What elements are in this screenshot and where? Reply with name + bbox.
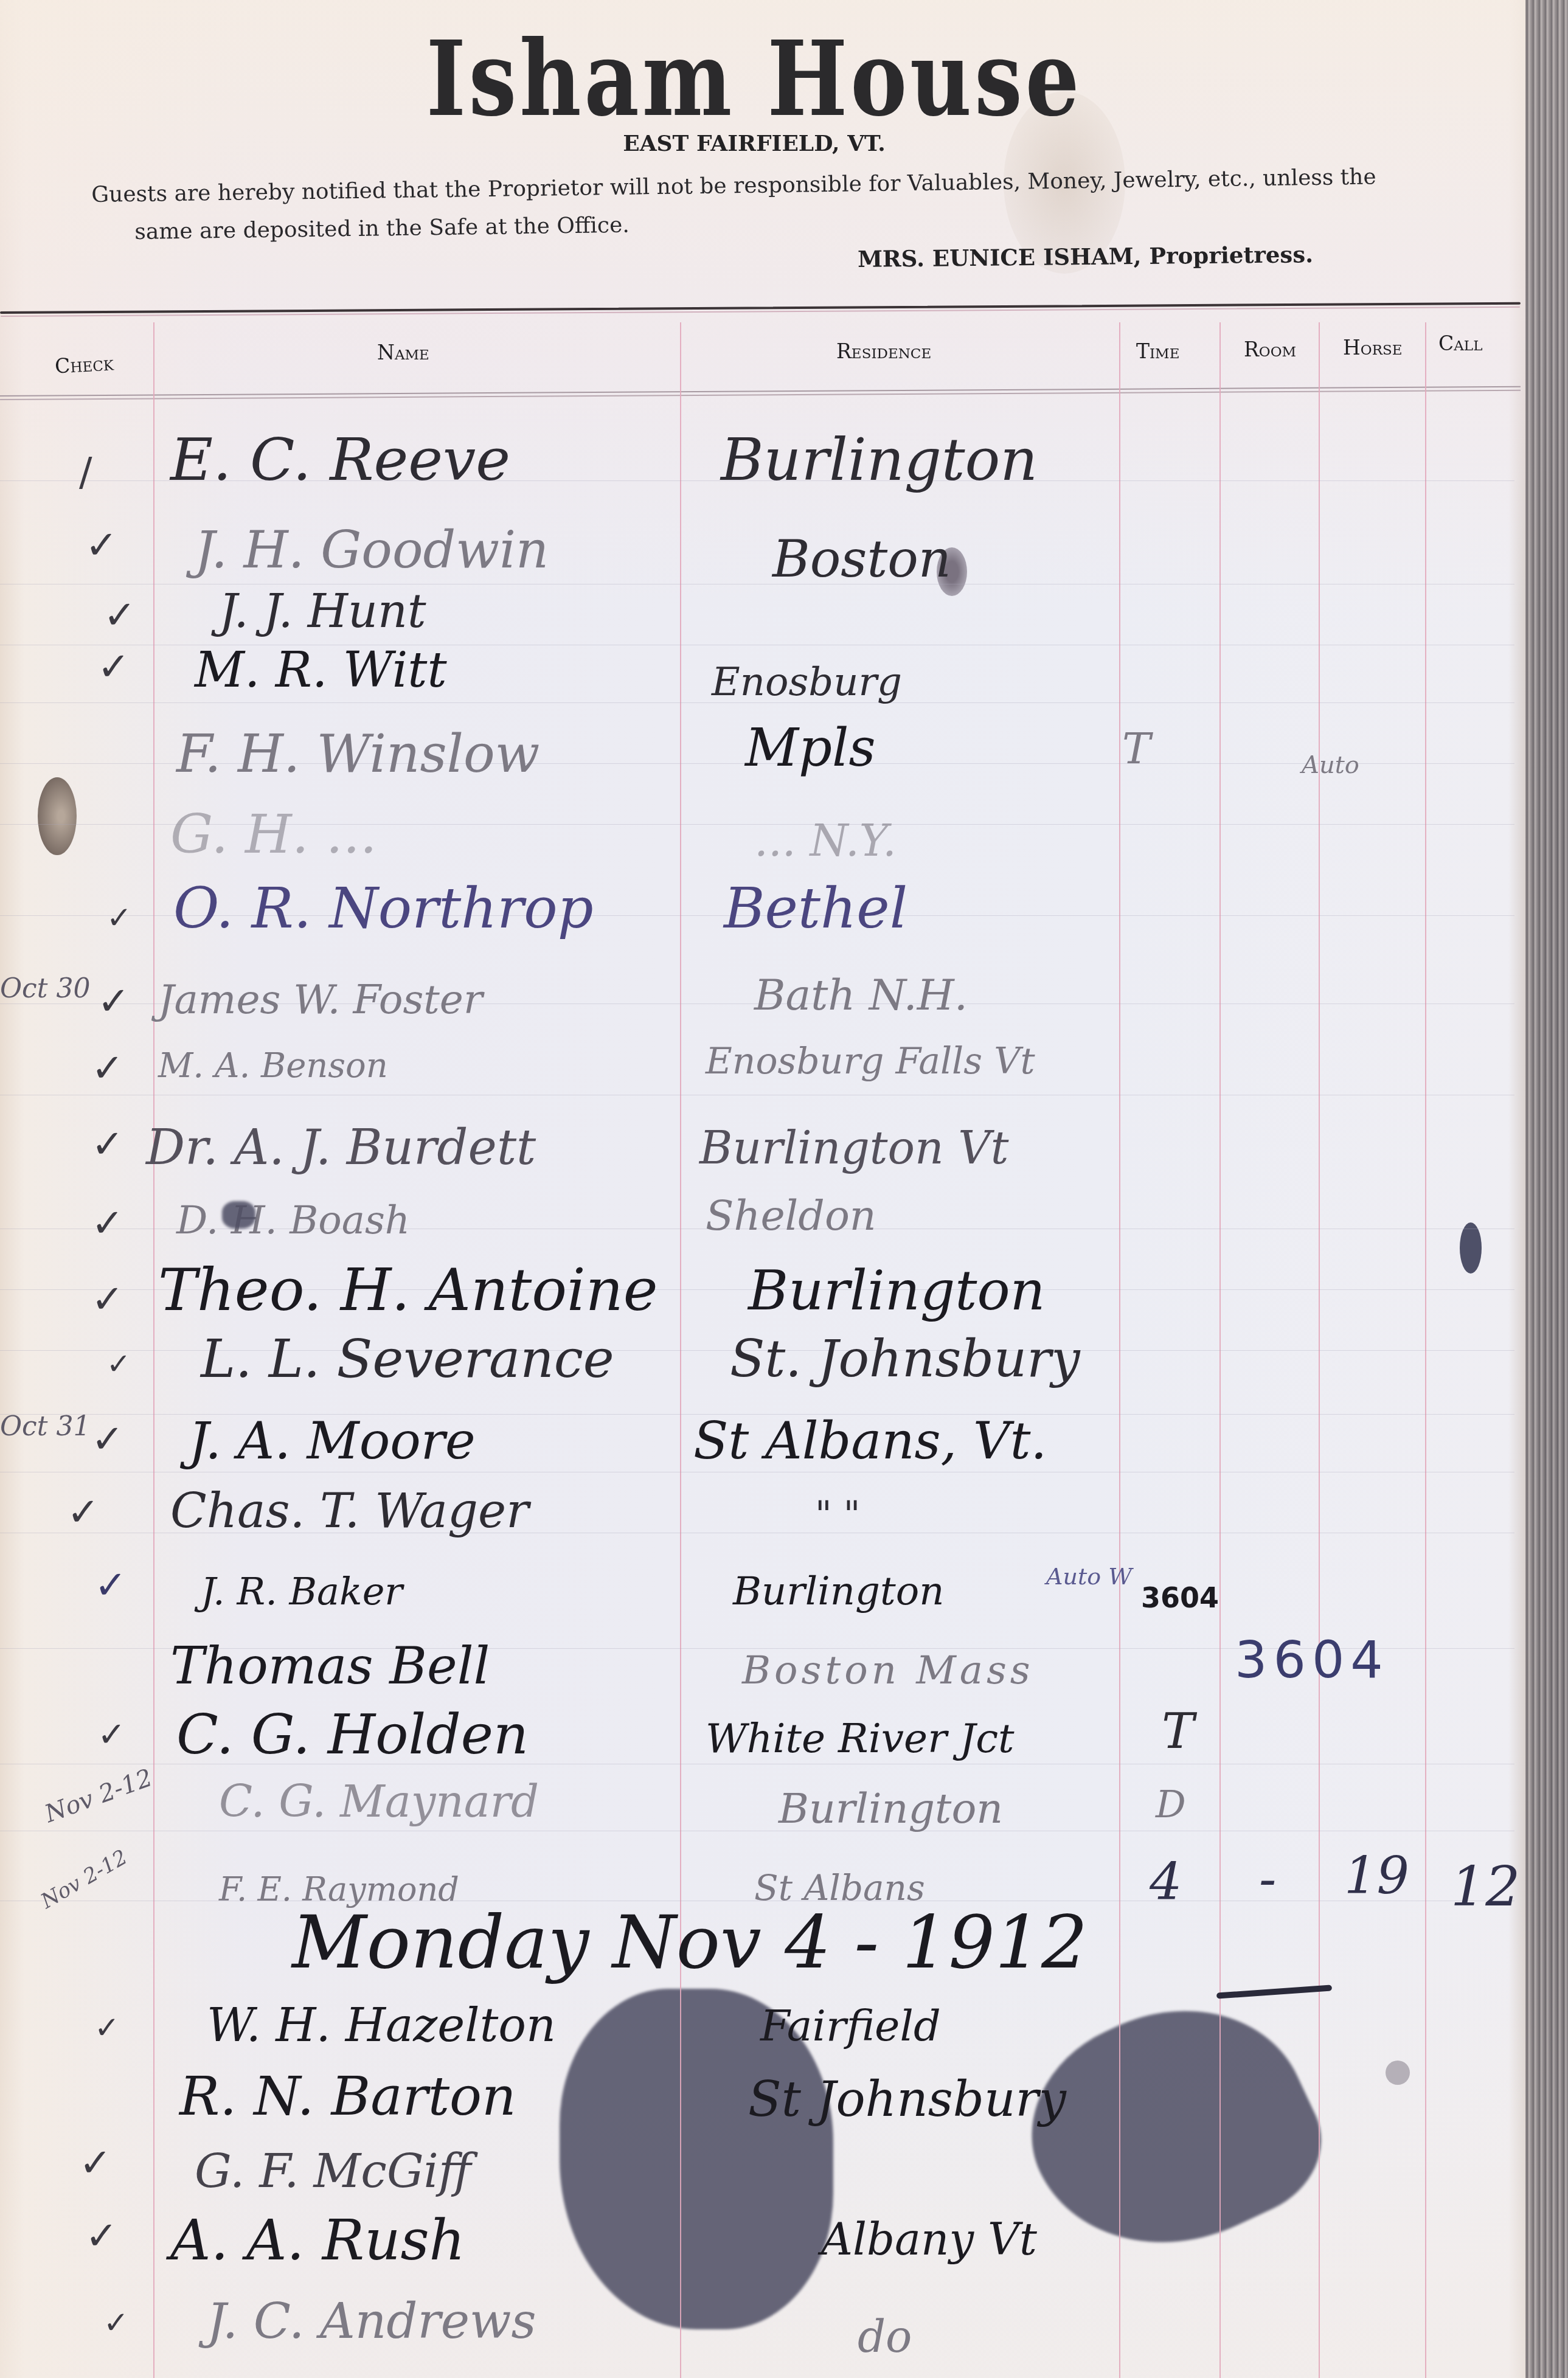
check-mark: ✓ bbox=[106, 1347, 131, 1381]
entry-residence: Burlington Vt bbox=[699, 1122, 1008, 1174]
ink-blot-small bbox=[222, 1201, 255, 1229]
check-mark: ✓ bbox=[106, 900, 132, 935]
entry-name: J. A. Moore bbox=[189, 1411, 476, 1471]
entry-name: J. R. Baker bbox=[201, 1569, 403, 1614]
entry-residence: Burlington bbox=[733, 1569, 944, 1614]
entry-residence: Sheldon bbox=[706, 1192, 876, 1240]
entry-call: 12 bbox=[1451, 1855, 1521, 1919]
entry-time: Auto W bbox=[1046, 1563, 1132, 1590]
entry-name: O. R. Northrop bbox=[173, 876, 594, 941]
entry-horse: 19 bbox=[1344, 1846, 1409, 1905]
entry-time: 4 bbox=[1150, 1852, 1182, 1912]
column-header-check: Check bbox=[54, 351, 114, 378]
row-rule bbox=[0, 1831, 1514, 1831]
column-header-time: Time bbox=[1136, 339, 1179, 363]
hotel-title: Isham House bbox=[136, 18, 1373, 140]
column-header-room: Room bbox=[1244, 338, 1296, 361]
entry-room: 3604 bbox=[1141, 1581, 1219, 1614]
check-mark: ✓ bbox=[91, 1122, 124, 1167]
check-mark: / bbox=[79, 450, 92, 495]
entry-residence: Enosburg Falls Vt bbox=[706, 1040, 1035, 1083]
entry-horse: Auto bbox=[1302, 751, 1359, 779]
entry-residence: ... N.Y. bbox=[754, 815, 897, 866]
column-header-name: Name bbox=[377, 341, 429, 364]
check-mark: ✓ bbox=[91, 1277, 124, 1322]
entry-name: M. A. Benson bbox=[158, 1046, 388, 1086]
hotel-location: EAST FAIRFIELD, VT. bbox=[0, 131, 1508, 156]
entry-horse: 3604 bbox=[1235, 1630, 1389, 1690]
entry-time: D bbox=[1156, 1782, 1186, 1826]
entry-time: T bbox=[1162, 1703, 1194, 1759]
entry-name: Thomas Bell bbox=[170, 1636, 490, 1696]
entry-residence: White River Jct bbox=[706, 1715, 1015, 1762]
check-mark: ✓ bbox=[85, 2214, 118, 2259]
entry-name: E. C. Reeve bbox=[170, 426, 510, 494]
entry-name: C. G. Maynard bbox=[219, 1776, 539, 1827]
entry-residence: Albany Vt bbox=[821, 2214, 1037, 2265]
entry-name: D. H. Boash bbox=[176, 1198, 410, 1243]
check-mark: ✓ bbox=[103, 593, 136, 638]
entry-residence: Burlington bbox=[721, 426, 1038, 494]
column-header-horse: Horse bbox=[1343, 336, 1403, 359]
entry-name: F. H. Winslow bbox=[176, 724, 539, 785]
margin-date: Oct 31 bbox=[0, 1411, 90, 1442]
entry-name: Theo. H. Antoine bbox=[158, 1256, 657, 1324]
entry-residence: St Albans, Vt. bbox=[693, 1411, 1047, 1471]
entry-name: M. R. Witt bbox=[195, 642, 447, 698]
ink-spot-left bbox=[38, 777, 77, 855]
entry-name: A. A. Rush bbox=[170, 2208, 465, 2273]
check-mark: ✓ bbox=[91, 1046, 124, 1091]
entry-name: J. C. Andrews bbox=[207, 2293, 536, 2349]
ink-drop-right bbox=[1460, 1222, 1482, 1274]
entry-name: G. H. ... bbox=[170, 803, 377, 865]
entry-name: W. H. Hazelton bbox=[207, 1998, 556, 2052]
proprietress-signature: MRS. EUNICE ISHAM, Proprietress. bbox=[858, 241, 1313, 272]
entry-name: G. F. McGiff bbox=[195, 2144, 471, 2198]
check-mark: ✓ bbox=[79, 2141, 112, 2186]
check-mark: ✓ bbox=[94, 2010, 120, 2045]
entry-room: - bbox=[1259, 1849, 1276, 1908]
entry-name: J. J. Hunt bbox=[219, 584, 426, 638]
entry-residence: St Johnsbury bbox=[748, 2071, 1066, 2127]
entry-name: James W. Foster bbox=[158, 976, 482, 1023]
entry-residence: St. Johnsbury bbox=[730, 1329, 1080, 1388]
entry-residence: Burlington bbox=[748, 1259, 1046, 1323]
margin-date: Oct 30 bbox=[0, 973, 90, 1004]
entry-residence: Fairfield bbox=[760, 2001, 941, 2051]
entry-residence: Boston Mass bbox=[742, 1648, 1034, 1693]
entry-residence: Bethel bbox=[724, 876, 907, 941]
entry-residence: Bath N.H. bbox=[754, 970, 968, 1020]
check-mark: ✓ bbox=[97, 645, 130, 690]
entry-residence: Enosburg bbox=[712, 660, 902, 705]
check-mark: ✓ bbox=[94, 1563, 127, 1608]
book-binding-edge bbox=[1525, 0, 1568, 2378]
entry-name: L. L. Severance bbox=[201, 1329, 614, 1390]
entry-residence: Mpls bbox=[745, 718, 876, 778]
entry-residence: Burlington bbox=[779, 1785, 1003, 1833]
column-header-call: Call bbox=[1438, 331, 1482, 355]
row-rule bbox=[0, 1472, 1514, 1472]
check-mark: ✓ bbox=[91, 1201, 124, 1246]
check-mark: ✓ bbox=[85, 523, 118, 568]
check-mark: ✓ bbox=[91, 1417, 124, 1462]
check-mark: ✓ bbox=[97, 979, 130, 1024]
entry-time: T bbox=[1122, 724, 1151, 774]
entry-name: R. N. Barton bbox=[179, 2065, 516, 2127]
check-mark: ✓ bbox=[97, 1715, 126, 1755]
entry-name: Dr. A. J. Burdett bbox=[146, 1119, 536, 1176]
ink-dot-lower-right bbox=[1386, 2061, 1410, 2085]
check-mark: ✓ bbox=[67, 1490, 100, 1535]
date-heading: Monday Nov 4 - 1912 bbox=[292, 1901, 1088, 1985]
entry-residence: " " bbox=[815, 1493, 860, 1536]
entry-name: C. G. Holden bbox=[176, 1703, 529, 1767]
column-header-residence: Residence bbox=[836, 339, 931, 363]
check-mark: ✓ bbox=[103, 2305, 129, 2340]
entry-name: Chas. T. Wager bbox=[170, 1484, 529, 1539]
entry-residence: do bbox=[858, 2311, 912, 2362]
entry-name: J. H. Goodwin bbox=[195, 520, 549, 580]
entry-residence: Boston bbox=[772, 529, 951, 589]
row-rule bbox=[0, 1095, 1514, 1095]
